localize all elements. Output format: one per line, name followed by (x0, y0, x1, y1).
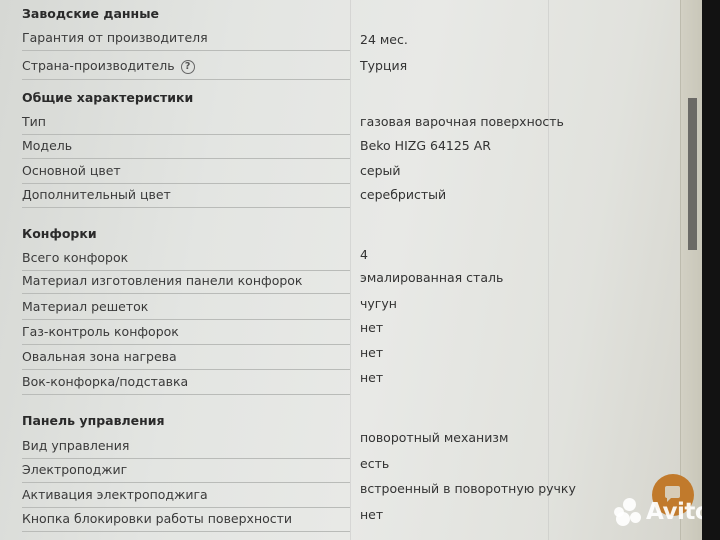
spec-value-burner-count: 4 (360, 247, 368, 262)
spec-label-oval-zone: Овальная зона нагрева (22, 349, 350, 370)
spec-value-lock-button: нет (360, 507, 383, 522)
spec-label-ignition-activation: Активация электроподжига (22, 487, 350, 508)
section-title-factory: Заводские данные (22, 6, 159, 21)
spec-value-warranty: 24 мес. (360, 32, 408, 47)
scrollbar-thumb[interactable] (688, 98, 697, 250)
section-title-control-panel: Панель управления (22, 413, 165, 428)
column-divider (350, 0, 351, 540)
spec-value-wok: нет (360, 370, 383, 385)
spec-label-panel-material: Материал изготовления панели конфорок (22, 273, 350, 294)
spec-value-type: газовая варочная поверхность (360, 114, 564, 129)
spec-label-type: Тип (22, 114, 350, 135)
spec-label-control-type: Вид управления (22, 438, 350, 459)
spec-label-wok: Вок-конфорка/подставка (22, 374, 350, 395)
spec-value-ignition-activation: встроенный в поворотную ручку (360, 481, 576, 496)
label-text: Гарантия от производителя (22, 30, 208, 45)
avito-logo-text: Avito (646, 499, 702, 525)
spec-label-model: Модель (22, 138, 350, 159)
spec-label-gas-control: Газ-контроль конфорок (22, 324, 350, 345)
section-title-general: Общие характеристики (22, 90, 193, 105)
spec-value-model: Beko HIZG 64125 AR (360, 138, 491, 153)
spec-label-lock-button: Кнопка блокировки работы поверхности (22, 511, 350, 532)
spec-label-extra-color: Дополнительный цвет (22, 187, 350, 208)
chat-bubble-icon (665, 486, 680, 498)
question-circle-icon[interactable]: ? (181, 60, 195, 74)
spec-value-panel-material: эмалированная сталь (360, 270, 503, 285)
spec-value-main-color: серый (360, 163, 401, 178)
spec-value-extra-color: серебристый (360, 187, 446, 202)
spec-label-main-color: Основной цвет (22, 163, 350, 184)
spec-value-control-type: поворотный механизм (360, 430, 508, 445)
avito-dots-icon (614, 498, 644, 526)
spec-label-country: Страна-производитель? (22, 58, 350, 80)
spec-label-warranty: Гарантия от производителя (22, 30, 350, 51)
spec-value-grate-material: чугун (360, 296, 397, 311)
spec-label-grate-material: Материал решеток (22, 299, 350, 320)
scrollbar[interactable] (680, 0, 702, 540)
screen-bezel (702, 0, 720, 540)
spec-label-ignition: Электроподжиг (22, 462, 350, 483)
label-text: Страна-производитель (22, 58, 175, 73)
spec-value-country: Турция (360, 58, 407, 73)
spec-value-gas-control: нет (360, 320, 383, 335)
screen: Заводские данные Гарантия от производите… (0, 0, 702, 540)
section-title-burners: Конфорки (22, 226, 97, 241)
spec-value-oval-zone: нет (360, 345, 383, 360)
spec-value-ignition: есть (360, 456, 389, 471)
spec-label-burner-count: Всего конфорок (22, 250, 350, 271)
column-divider (548, 0, 549, 540)
avito-watermark: Avito (614, 498, 702, 526)
